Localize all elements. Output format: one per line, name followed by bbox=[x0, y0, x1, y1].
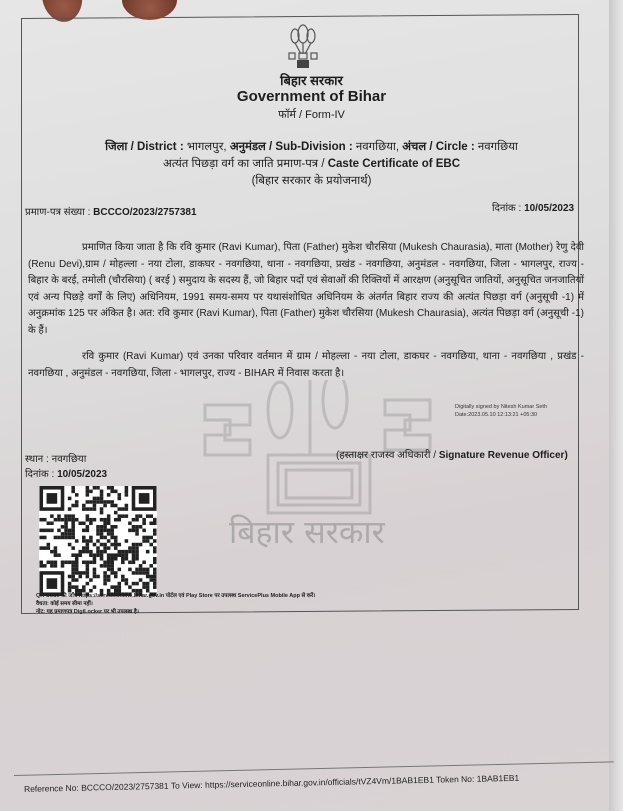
revenue-officer-signature: (हस्ताक्षर राजस्व अधिकारी / Signature Re… bbox=[336, 447, 568, 461]
certificate-title: अत्यंत पिछड़ा वर्ग का जाति प्रमाण-पत्र /… bbox=[0, 156, 623, 171]
digital-signature-date: Date:2023.05.10 12:13:21 +05:30 bbox=[455, 411, 547, 419]
certificate-number: प्रमाण-पत्र संख्या : BCCCO/2023/2757381 bbox=[25, 204, 197, 218]
note-validity: वैधता: कोई समय सीमा नहीं। bbox=[36, 600, 315, 608]
digital-signature-block: Digitally signed by Nitesh Kumar Seth Da… bbox=[455, 403, 547, 419]
issue-date-bottom: दिनांक : 10/05/2023 bbox=[25, 466, 107, 480]
district-value: भागलपुर, bbox=[187, 141, 230, 153]
bihar-state-emblem-icon bbox=[283, 20, 323, 70]
circle-label: अंचल / Circle : bbox=[402, 141, 478, 153]
qr-code-icon[interactable] bbox=[39, 486, 157, 596]
certificate-title-english: Caste Certificate of EBC bbox=[328, 158, 460, 170]
issue-date-top: दिनांक : 10/05/2023 bbox=[492, 200, 574, 214]
issue-date-bottom-value: 10/05/2023 bbox=[57, 469, 107, 480]
subdivision-label: अनुमंडल / Sub-Division : bbox=[230, 141, 356, 153]
verification-notes: QR Code की जाँच https://serviceonline.bi… bbox=[36, 592, 315, 616]
note-digilocker: नोट: यह प्रमाणपत्र DigiLocker पर भी उपलब… bbox=[36, 608, 315, 616]
certificate-number-label: प्रमाण-पत्र संख्या : bbox=[25, 207, 93, 218]
digital-signature-signer: Digitally signed by Nitesh Kumar Seth bbox=[455, 403, 547, 411]
form-number: फॉर्म / Form-IV bbox=[0, 107, 623, 122]
certificate-body-paragraph-1: प्रमाणित किया जाता है कि रवि कुमार (Ravi… bbox=[28, 240, 584, 339]
header-title-english: Government of Bihar bbox=[0, 88, 623, 105]
certificate-number-value: BCCCO/2023/2757381 bbox=[93, 207, 196, 218]
certificate-title-hindi: अत्यंत पिछड़ा वर्ग का जाति प्रमाण-पत्र / bbox=[163, 158, 328, 170]
certificate-body-paragraph-2: रवि कुमार (Ravi Kumar) एवं उनका परिवार व… bbox=[28, 349, 584, 382]
location-line: जिला / District : भागलपुर, अनुमंडल / Sub… bbox=[0, 139, 623, 154]
issue-date-label: दिनांक : bbox=[492, 203, 524, 214]
district-label: जिला / District : bbox=[105, 141, 187, 153]
note-qr-verify: QR Code की जाँच https://serviceonline.bi… bbox=[36, 592, 315, 600]
circle-value: नवगछिया bbox=[478, 141, 518, 153]
header-title-hindi: बिहार सरकार bbox=[0, 71, 623, 89]
signature-label-english: Signature Revenue Officer) bbox=[439, 450, 568, 461]
place-label: स्थान : bbox=[25, 454, 52, 465]
watermark-text: बिहार सरकार bbox=[229, 510, 385, 553]
certificate-purpose: (बिहार सरकार के प्रयोजनार्थ) bbox=[0, 173, 623, 188]
subdivision-value: नवगछिया, bbox=[356, 141, 402, 153]
issue-date-bottom-label: दिनांक : bbox=[25, 469, 57, 480]
place: स्थान : नवगछिया bbox=[25, 451, 86, 465]
place-value: नवगछिया bbox=[52, 454, 87, 465]
issue-date-value: 10/05/2023 bbox=[524, 203, 574, 214]
signature-label-hindi: (हस्ताक्षर राजस्व अधिकारी / bbox=[336, 450, 439, 461]
